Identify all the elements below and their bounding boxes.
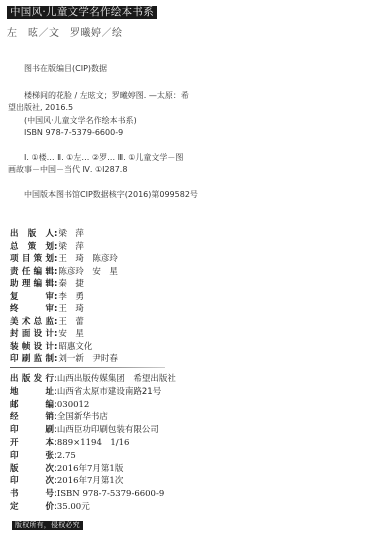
label-char: 辑 [45, 266, 54, 279]
publication-row: 定价:35.00元 [10, 501, 176, 514]
staff-row: 美术总监:王 蕾 [10, 316, 118, 329]
label-char: 总 [34, 316, 43, 329]
label-char: 印 [10, 353, 19, 366]
label-char: 地 [10, 386, 19, 399]
staff-row-label: 印刷监制 [10, 353, 54, 366]
label-char: 设 [34, 328, 43, 341]
publication-info: 出版发行:山西出版传媒集团 希望出版社地址:山西省太原市建设南路21号邮编:03… [10, 373, 176, 514]
publication-row-label: 开本 [10, 437, 54, 450]
cip-classification-line-1: Ⅰ. ①楼… Ⅱ. ①左… ②罗… Ⅲ. ①儿童文学－图 [8, 152, 208, 165]
label-char: 终 [10, 303, 19, 316]
publication-row: 邮编:030012 [10, 399, 176, 412]
staff-row-value: 昭惠文化 [57, 341, 92, 354]
label-char: 本 [45, 437, 54, 450]
staff-row-label: 出版人 [10, 228, 54, 241]
publication-row: 开本:889×1194 1/16 [10, 437, 176, 450]
section-divider [10, 367, 165, 368]
staff-row-value: 安 星 [57, 328, 84, 341]
publication-row-label: 印张 [10, 450, 54, 463]
publication-row-label: 书号 [10, 488, 54, 501]
label-char: 号 [45, 488, 54, 501]
label-char: 计 [45, 341, 54, 354]
label-char: 审 [45, 303, 54, 316]
label-char: 装 [10, 341, 19, 354]
label-char: 刷 [45, 424, 54, 437]
publication-row-label: 印刷 [10, 424, 54, 437]
label-char: 策 [28, 241, 37, 254]
label-char: 书 [10, 488, 19, 501]
cip-classification-line-2: 画故事－中国－当代 Ⅳ. ①I287.8 [8, 164, 208, 177]
publication-row-label: 印次 [10, 475, 54, 488]
label-char: 面 [22, 328, 31, 341]
label-char: 印 [10, 475, 19, 488]
publication-row: 印刷:山西臣功印刷包装有限公司 [10, 424, 176, 437]
label-char: 址 [45, 386, 54, 399]
cip-entry-line-2: 望出版社, 2016.5 [8, 102, 208, 115]
label-char: 编 [34, 278, 43, 291]
label-char: 划 [45, 241, 54, 254]
label-char: 术 [22, 316, 31, 329]
series-banner: 中国风·儿童文学名作绘本书系 [7, 6, 157, 19]
label-char: 总 [10, 241, 19, 254]
label-char: 监 [34, 353, 43, 366]
staff-row-label: 总策划 [10, 241, 54, 254]
publication-row-value: 山西出版传媒集团 希望出版社 [57, 373, 176, 386]
label-char: 策 [34, 253, 43, 266]
label-char: 辑 [45, 278, 54, 291]
label-char: 封 [10, 328, 19, 341]
label-char: 理 [22, 278, 31, 291]
staff-row: 复审:李 勇 [10, 291, 118, 304]
label-char: 邮 [10, 399, 19, 412]
staff-row-value: 李 勇 [57, 291, 84, 304]
staff-row-label: 封面设计 [10, 328, 54, 341]
staff-row-label: 美术总监 [10, 316, 54, 329]
staff-row-value: 王 琦 [57, 303, 84, 316]
label-char: 助 [10, 278, 19, 291]
label-char: 编 [45, 399, 54, 412]
publication-row-value: 889×1194 1/16 [57, 437, 130, 450]
label-char: 版 [28, 228, 37, 241]
publication-row-value: 2016年7月第1版 [57, 463, 123, 476]
label-char: 开 [10, 437, 19, 450]
publication-row-value: 全国新华书店 [57, 411, 108, 424]
cip-entry-line-1: 楼梯间的花脸 / 左昡文；罗曦婷图. —太原：希 [8, 90, 208, 103]
label-char: 任 [22, 266, 31, 279]
label-char: 审 [45, 291, 54, 304]
staff-row-label: 终审 [10, 303, 54, 316]
label-char: 出 [10, 373, 19, 386]
staff-row: 终审:王 琦 [10, 303, 118, 316]
publication-row: 印次:2016年7月第1次 [10, 475, 176, 488]
label-char: 划 [45, 253, 54, 266]
label-char: 美 [10, 316, 19, 329]
publication-row: 地址:山西省太原市建设南路21号 [10, 386, 176, 399]
publication-row-value: ISBN 978-7-5379-6600-9 [57, 488, 164, 501]
staff-row-label: 项目策划 [10, 253, 54, 266]
staff-row: 印刷监制:刘一新 尹时春 [10, 353, 118, 366]
staff-row-value: 陈彦玲 安 星 [57, 266, 118, 279]
rights-notice: 版权所有，侵权必究 [12, 521, 83, 530]
publication-row-label: 版次 [10, 463, 54, 476]
label-char: 责 [10, 266, 19, 279]
staff-row-value: 秦 捷 [57, 278, 84, 291]
publication-row-label: 定价 [10, 501, 54, 514]
publication-row-label: 出版发行 [10, 373, 54, 386]
label-char: 制 [45, 353, 54, 366]
label-char: 经 [10, 411, 19, 424]
author-illustrator-credits: 左 昡／文 罗曦婷／绘 [7, 24, 123, 39]
staff-row: 责任编辑:陈彦玲 安 星 [10, 266, 118, 279]
label-char: 计 [45, 328, 54, 341]
label-char: 次 [45, 463, 54, 476]
label-char: 项 [10, 253, 19, 266]
staff-row-value: 梁 萍 [57, 228, 84, 241]
staff-row-value: 刘一新 尹时春 [57, 353, 118, 366]
staff-row-value: 王 蕾 [57, 316, 84, 329]
staff-row-label: 助理编辑 [10, 278, 54, 291]
label-char: 编 [34, 266, 43, 279]
publication-row: 出版发行:山西出版传媒集团 希望出版社 [10, 373, 176, 386]
publication-row-label: 地址 [10, 386, 54, 399]
label-char: 出 [10, 228, 19, 241]
publication-row-value: 山西省太原市建设南路21号 [57, 386, 161, 399]
label-char: 复 [10, 291, 19, 304]
label-char: 监 [45, 316, 54, 329]
staff-row-value: 王 琦 陈彦玲 [57, 253, 118, 266]
cip-heading: 图书在版编目(CIP)数据 [8, 63, 208, 76]
label-char: 帧 [22, 341, 31, 354]
publication-row-value: 2.75 [57, 450, 76, 463]
publication-row: 版次:2016年7月第1版 [10, 463, 176, 476]
staff-row-label: 装帧设计 [10, 341, 54, 354]
label-char: 目 [22, 253, 31, 266]
label-char: 销 [45, 411, 54, 424]
publication-row-label: 经销 [10, 411, 54, 424]
publication-row-label: 邮编 [10, 399, 54, 412]
publication-row: 经销:全国新华书店 [10, 411, 176, 424]
cip-series: (中国风·儿童文学名作绘本书系) [8, 115, 208, 128]
publication-row: 书号:ISBN 978-7-5379-6600-9 [10, 488, 176, 501]
publication-row-value: 030012 [57, 399, 89, 412]
staff-row: 封面设计:安 星 [10, 328, 118, 341]
label-char: 刷 [22, 353, 31, 366]
label-char: 版 [10, 463, 19, 476]
label-char: 次 [45, 475, 54, 488]
publication-row-value: 35.00元 [57, 501, 90, 514]
staff-row: 总策划:梁 萍 [10, 241, 118, 254]
cip-data-block: 图书在版编目(CIP)数据 楼梯间的花脸 / 左昡文；罗曦婷图. —太原：希 望… [8, 63, 208, 201]
staff-row-label: 复审 [10, 291, 54, 304]
label-char: 行 [45, 373, 54, 386]
label-char: 张 [45, 450, 54, 463]
publication-row-value: 2016年7月第1次 [57, 475, 123, 488]
staff-row: 装帧设计:昭惠文化 [10, 341, 118, 354]
cip-isbn: ISBN 978-7-5379-6600-9 [8, 127, 208, 140]
staff-row-value: 梁 萍 [57, 241, 84, 254]
cip-number: 中国版本图书馆CIP数据核字(2016)第099582号 [8, 189, 208, 202]
label-char: 印 [10, 424, 19, 437]
staff-credits: 出版人:梁 萍总策划:梁 萍项目策划:王 琦 陈彦玲责任编辑:陈彦玲 安 星助理… [10, 228, 118, 366]
publication-row: 印张:2.75 [10, 450, 176, 463]
staff-row-label: 责任编辑 [10, 266, 54, 279]
staff-row: 出版人:梁 萍 [10, 228, 118, 241]
label-char: 版 [22, 373, 31, 386]
publication-row-value: 山西臣功印刷包装有限公司 [57, 424, 159, 437]
staff-row: 助理编辑:秦 捷 [10, 278, 118, 291]
label-char: 发 [34, 373, 43, 386]
label-char: 人 [45, 228, 54, 241]
label-char: 设 [34, 341, 43, 354]
staff-row: 项目策划:王 琦 陈彦玲 [10, 253, 118, 266]
label-char: 价 [45, 501, 54, 514]
label-char: 印 [10, 450, 19, 463]
label-char: 定 [10, 501, 19, 514]
